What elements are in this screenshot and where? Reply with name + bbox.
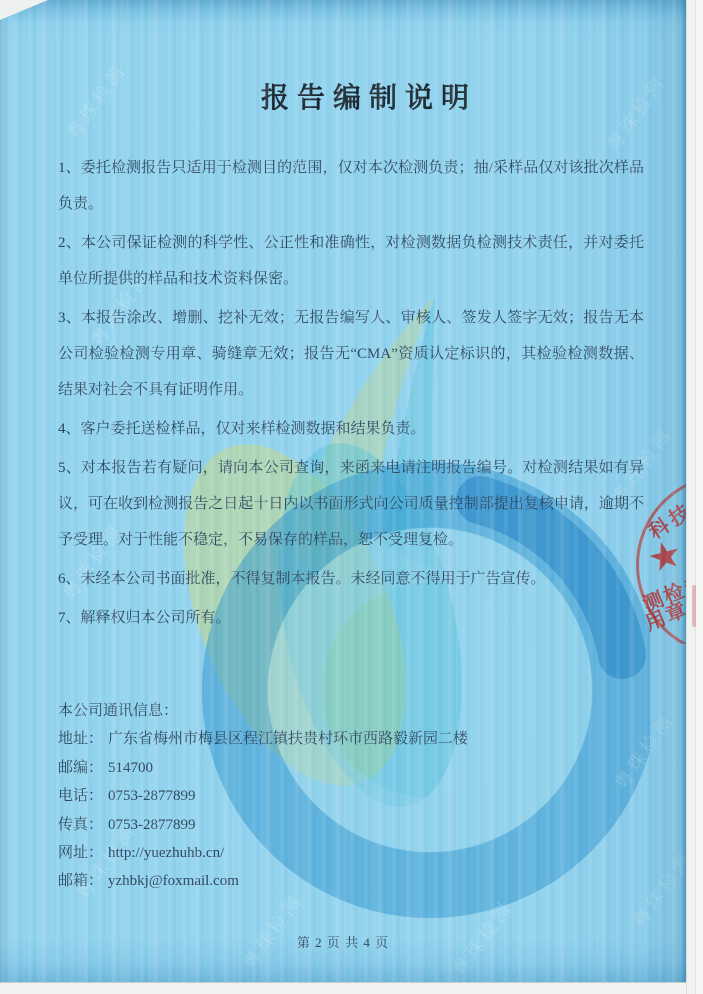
contact-line-website: 网址：http://yuezhuhb.cn/ (58, 839, 618, 867)
page-number: 第 2 页 共 4 页 (0, 932, 686, 951)
contact-value: 广东省梅州市梅县区程江镇扶贵村环市西路毅新园二楼 (108, 731, 468, 747)
contact-value: http://yuezhuhb.cn/ (108, 845, 224, 861)
notice-item-7: 7、解释权归本公司所有。 (58, 600, 644, 636)
scanner-margin-bottom (0, 982, 686, 994)
notice-item-2: 2、本公司保证检测的科学性、公正性和准确性，对检测数据负检测技术责任，并对委托单… (58, 225, 644, 297)
contact-label: 网址： (58, 845, 103, 861)
contact-value: yzhbkj@foxmail.com (108, 873, 239, 889)
contact-label: 邮编： (58, 760, 103, 776)
scanner-margin-right (686, 0, 703, 994)
paper-right-edge (681, 0, 686, 982)
contact-value: 514700 (108, 760, 153, 776)
notice-list: 1、委托检测报告只适用于检测目的范围，仅对本次检测负责；抽/采样品仅对该批次样品… (58, 150, 644, 639)
contact-line-address: 地址：广东省梅州市梅县区程江镇扶贵村环市西路毅新园二楼 (58, 725, 618, 753)
scan-shadow-left (0, 0, 10, 982)
notice-item-4: 4、客户委托送检样品，仅对来样检测数据和结果负责。 (58, 411, 644, 447)
contact-line-zipcode: 邮编：514700 (58, 754, 618, 782)
contact-value: 0753-2877899 (108, 817, 196, 833)
seal-edge-mark (692, 585, 696, 627)
notice-item-6: 6、未经本公司书面批准，不得复制本报告。未经同意不得用于广告宣传。 (58, 561, 644, 597)
report-paper: 粤珠检测 粤珠检测 粤珠检测 粤珠检测 粤珠检测 粤珠检测 粤珠检测 粤珠检测 … (0, 0, 686, 982)
contact-value: 0753-2877899 (108, 788, 196, 804)
contact-label: 传真： (58, 817, 103, 833)
partial-seal-stamp: 科技 ★ 测检专 用章 (598, 472, 686, 644)
contact-line-phone: 电话：0753-2877899 (58, 782, 618, 810)
notice-item-1: 1、委托检测报告只适用于检测目的范围，仅对本次检测负责；抽/采样品仅对该批次样品… (58, 150, 644, 222)
contact-line-fax: 传真：0753-2877899 (58, 811, 618, 839)
scanned-report-page: 粤珠检测 粤珠检测 粤珠检测 粤珠检测 粤珠检测 粤珠检测 粤珠检测 粤珠检测 … (0, 0, 703, 994)
contact-heading: 本公司通讯信息： (58, 697, 618, 725)
page-title: 报告编制说明 (52, 76, 686, 116)
contact-block: 本公司通讯信息： 地址：广东省梅州市梅县区程江镇扶贵村环市西路毅新园二楼 邮编：… (58, 697, 618, 896)
notice-item-3: 3、本报告涂改、增删、挖补无效；无报告编写人、审核人、签发人签字无效；报告无本公… (58, 300, 644, 408)
contact-label: 地址： (58, 731, 103, 747)
contact-line-email: 邮箱：yzhbkj@foxmail.com (58, 867, 618, 895)
notice-item-5: 5、对本报告若有疑问，请向本公司查询，来函来电请注明报告编号。对检测结果如有异议… (58, 450, 644, 558)
contact-label: 邮箱： (58, 873, 103, 889)
contact-label: 电话： (58, 788, 103, 804)
